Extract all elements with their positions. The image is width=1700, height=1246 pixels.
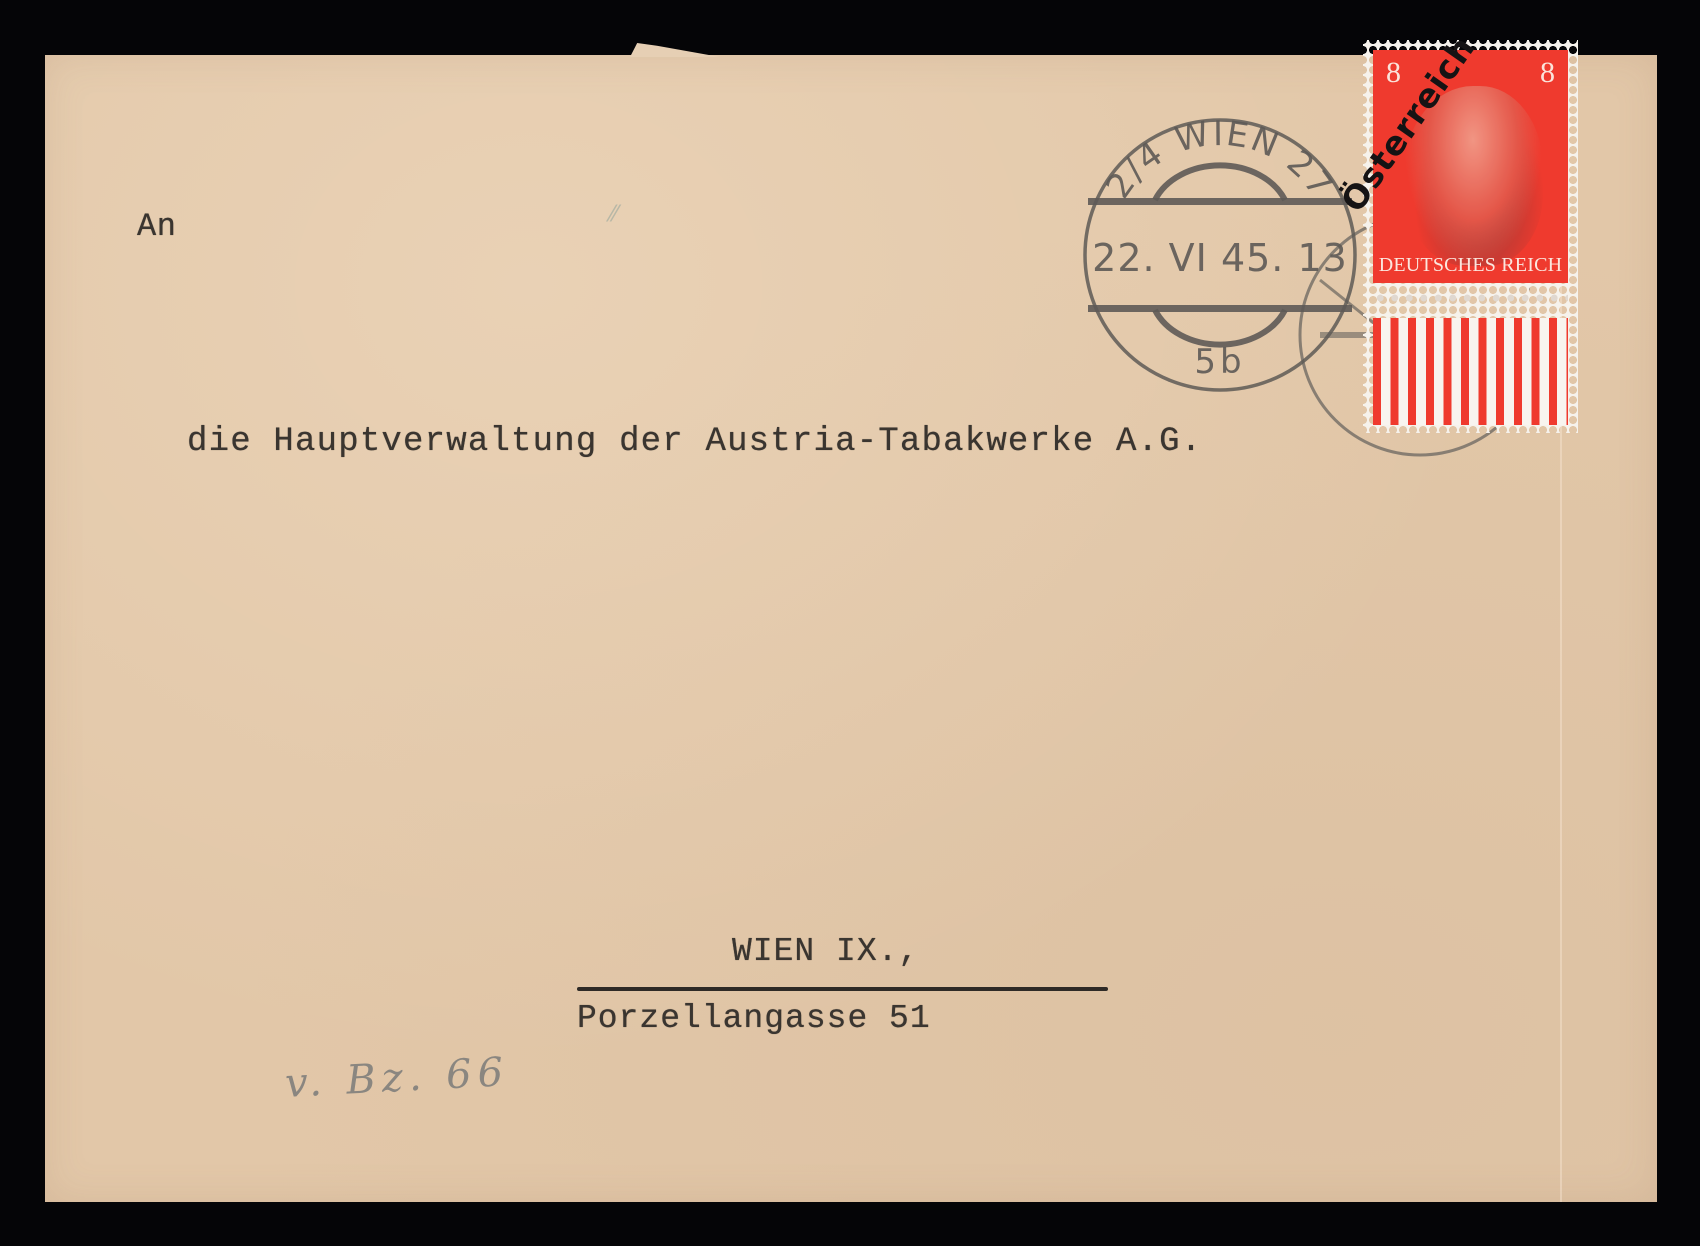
city-line: WIEN IX., [732, 933, 919, 970]
svg-text:2/4 WIEN 27: 2/4 WIEN 27 [1098, 114, 1341, 206]
stamp-design: 8 8 DEUTSCHES REICH [1373, 50, 1568, 283]
torn-flap-edge [630, 43, 720, 57]
stamp-perforation-row [1373, 292, 1568, 304]
svg-text:5b: 5b [1194, 342, 1245, 382]
stamp-gutter-strip [1373, 318, 1568, 425]
stamp-country-label: DEUTSCHES REICH [1373, 254, 1568, 277]
addressee-line: die Hauptverwaltung der Austria-Tabakwer… [187, 423, 1202, 461]
street-line: Porzellangasse 51 [577, 1000, 931, 1037]
recipient-prefix: An [137, 208, 176, 245]
faint-pencil-mark: ⁄⁄ [610, 202, 632, 234]
stamp-value-right: 8 [1540, 56, 1555, 90]
postmark: 2/4 WIEN 27 22. VI 45. 13 5b [1070, 105, 1370, 405]
svg-text:22. VI 45. 13: 22. VI 45. 13 [1092, 236, 1348, 280]
stamp-value-left: 8 [1386, 56, 1401, 90]
city-underline [577, 987, 1108, 991]
